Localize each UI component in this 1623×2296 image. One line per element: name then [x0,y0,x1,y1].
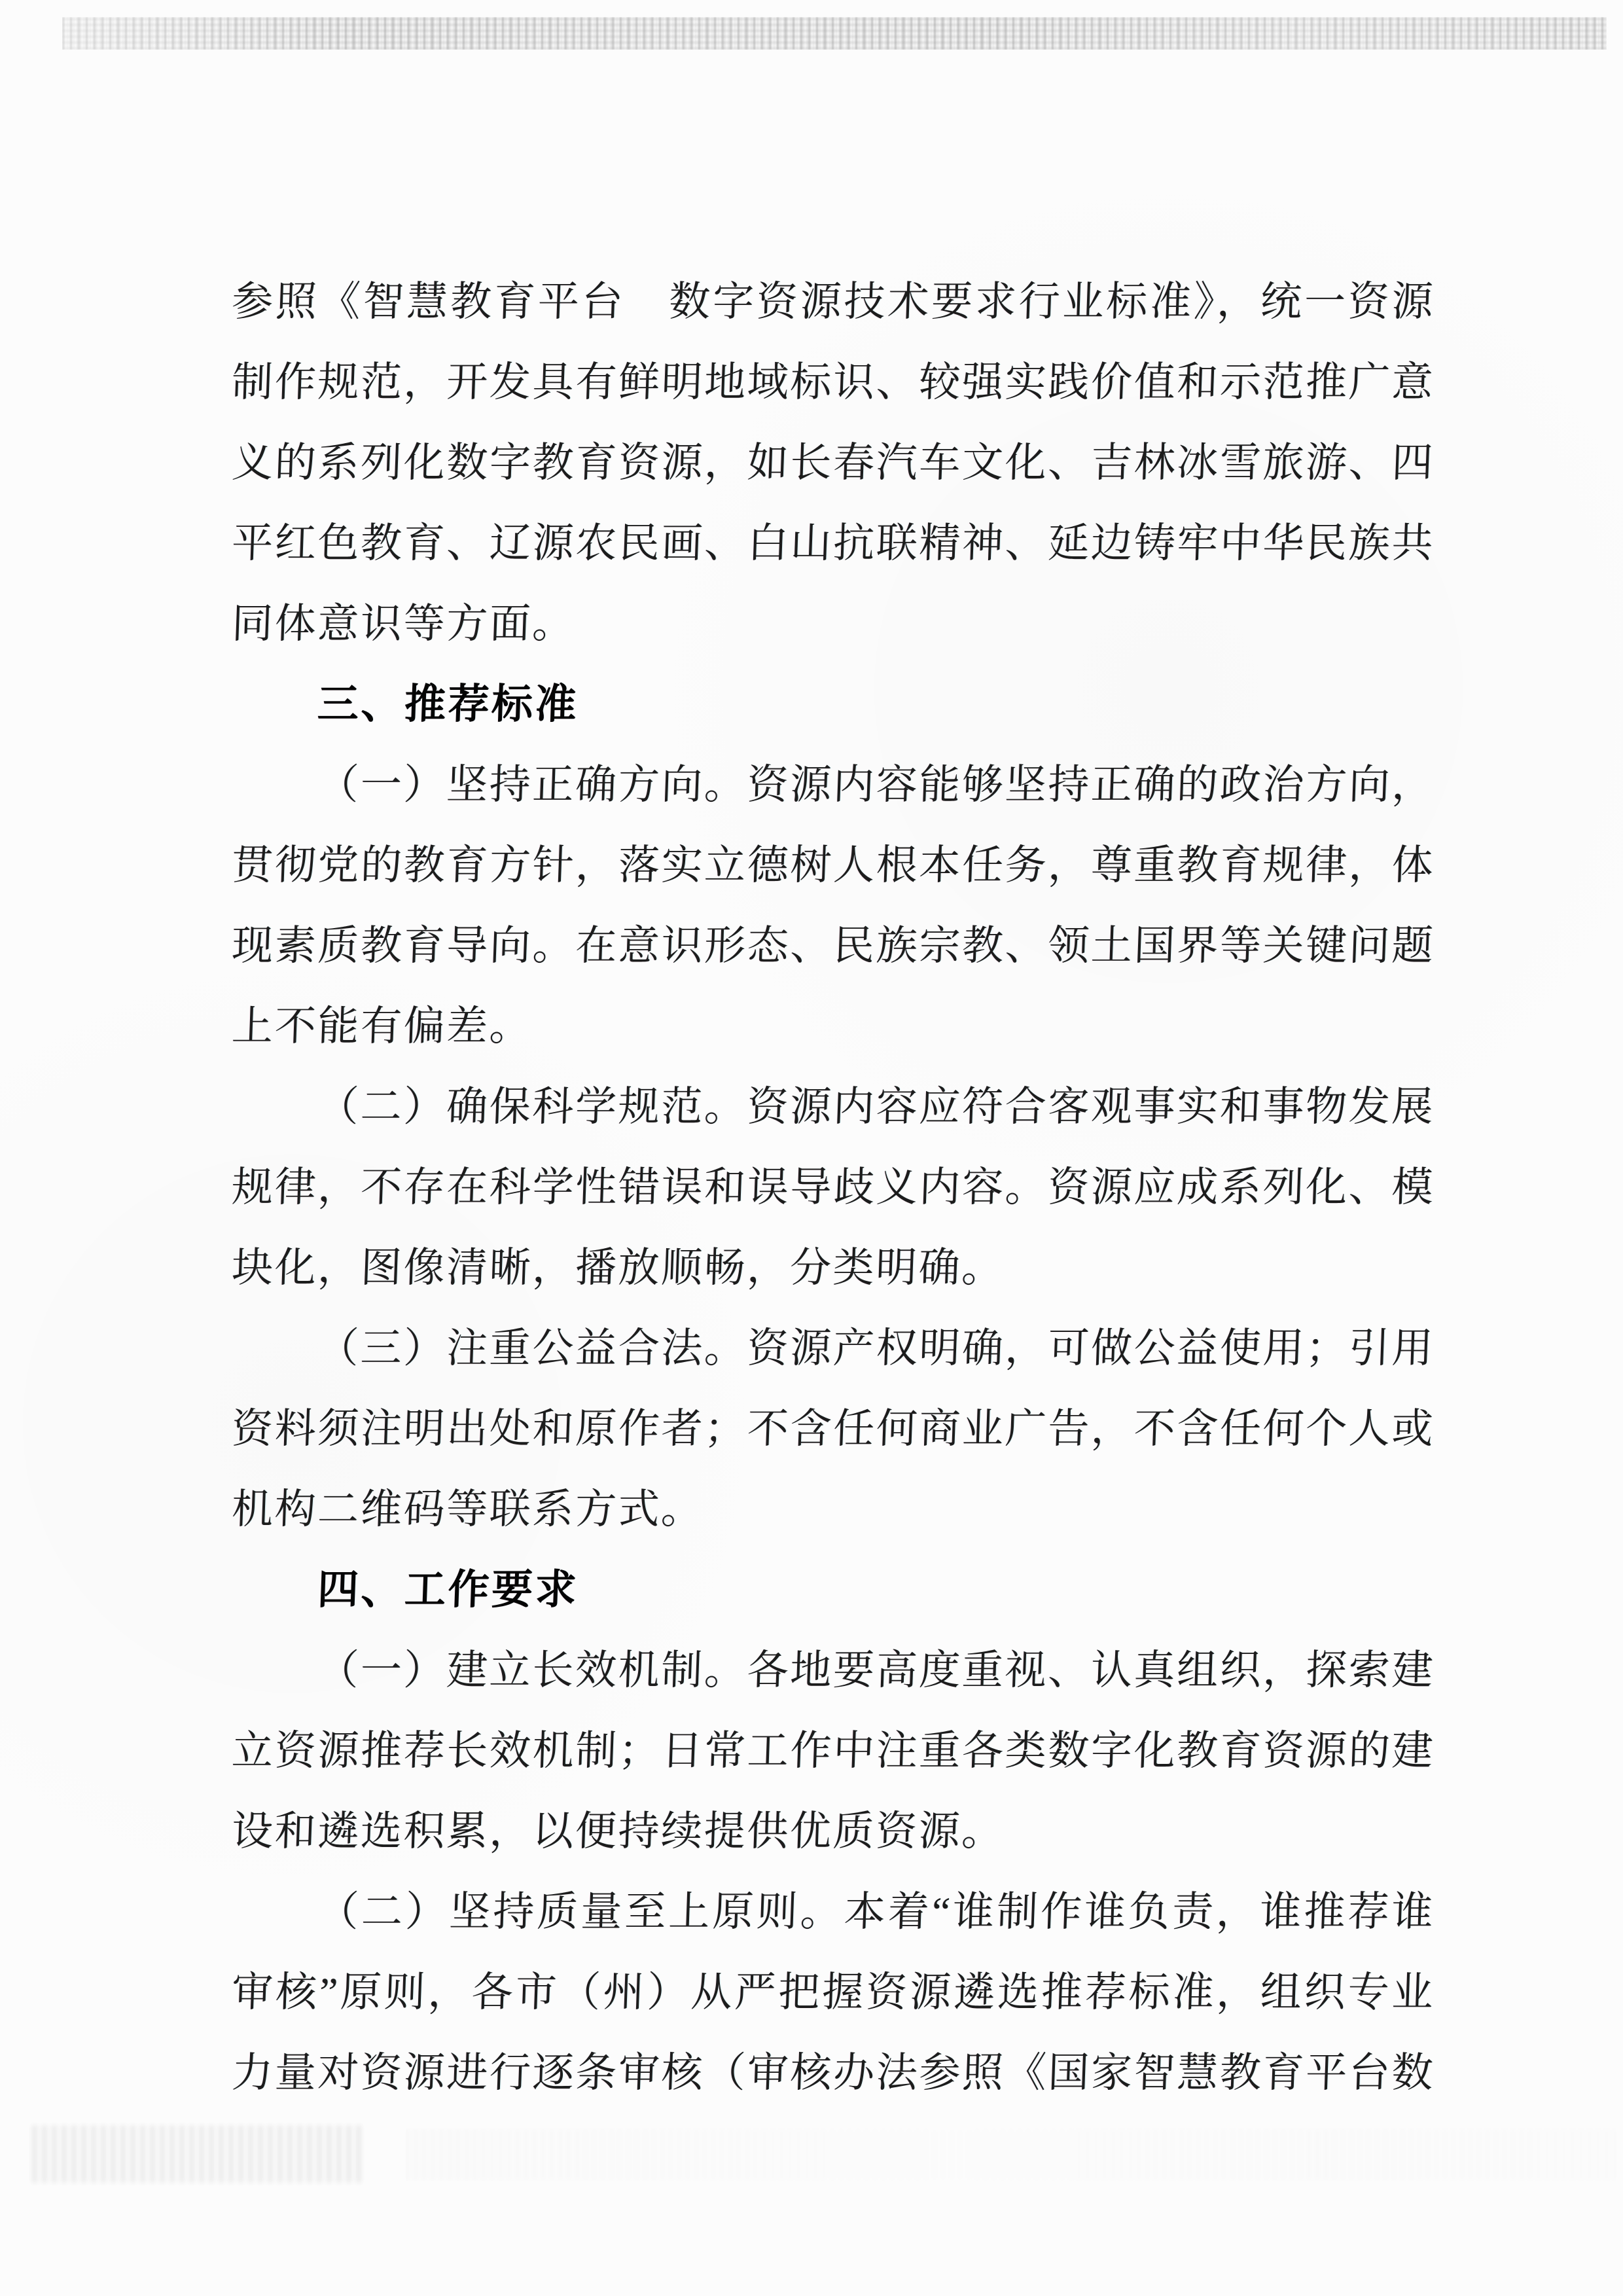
scan-artifact-bleedthrough-mid [406,2128,1616,2181]
body-line: 审核”原则，各市（州）从严把握资源遴选推荐标准，组织专业 [230,1952,1436,2033]
scan-artifact-bleedthrough-left [33,2125,366,2183]
body-line: 参照《智慧教育平台 数字资源技术要求行业标准》，统一资源 [230,262,1436,342]
body-line: 贯彻党的教育方针，落实立德树人根本任务，尊重教育规律，体 [230,825,1436,906]
body-line: 设和遴选积累，以便持续提供优质资源。 [230,1791,1436,1872]
heading-recommendation-criteria: 三、推荐标准 [230,664,1436,745]
body-line: 机构二维码等联系方式。 [230,1469,1436,1550]
body-line: （一）坚持正确方向。资源内容能够坚持正确的政治方向， [230,745,1436,825]
body-line: 平红色教育、辽源农民画、白山抗联精神、延边铸牢中华民族共 [230,503,1436,584]
body-line: （一）建立长效机制。各地要高度重视、认真组织，探索建 [230,1630,1436,1711]
document-body: 参照《智慧教育平台 数字资源技术要求行业标准》，统一资源 制作规范，开发具有鲜明… [230,262,1433,2113]
body-line: 制作规范，开发具有鲜明地域标识、较强实践价值和示范推广意 [230,342,1436,423]
scan-artifact-top-edge [62,17,1607,50]
body-line: 现素质教育导向。在意识形态、民族宗教、领土国界等关键问题 [230,906,1436,986]
body-line: 块化，图像清晰，播放顺畅，分类明确。 [230,1228,1436,1308]
body-line: 上不能有偏差。 [230,986,1436,1067]
body-line: 规律，不存在科学性错误和误导歧义内容。资源应成系列化、模 [230,1147,1436,1228]
heading-work-requirements: 四、工作要求 [230,1550,1436,1630]
body-line: 力量对资源进行逐条审核（审核办法参照《国家智慧教育平台数 [230,2033,1436,2113]
body-line: 义的系列化数字教育资源，如长春汽车文化、吉林冰雪旅游、四 [230,423,1436,503]
body-line: 立资源推荐长效机制；日常工作中注重各类数字化教育资源的建 [230,1711,1436,1791]
body-line: （二）确保科学规范。资源内容应符合客观事实和事物发展 [230,1067,1436,1147]
body-line: （三）注重公益合法。资源产权明确，可做公益使用；引用 [230,1308,1436,1389]
body-line: （二）坚持质量至上原则。本着“谁制作谁负责，谁推荐谁 [230,1872,1436,1952]
body-line: 资料须注明出处和原作者；不含任何商业广告，不含任何个人或 [230,1389,1436,1469]
scanned-document-page: 参照《智慧教育平台 数字资源技术要求行业标准》，统一资源 制作规范，开发具有鲜明… [0,0,1623,2296]
body-line: 同体意识等方面。 [230,584,1436,664]
